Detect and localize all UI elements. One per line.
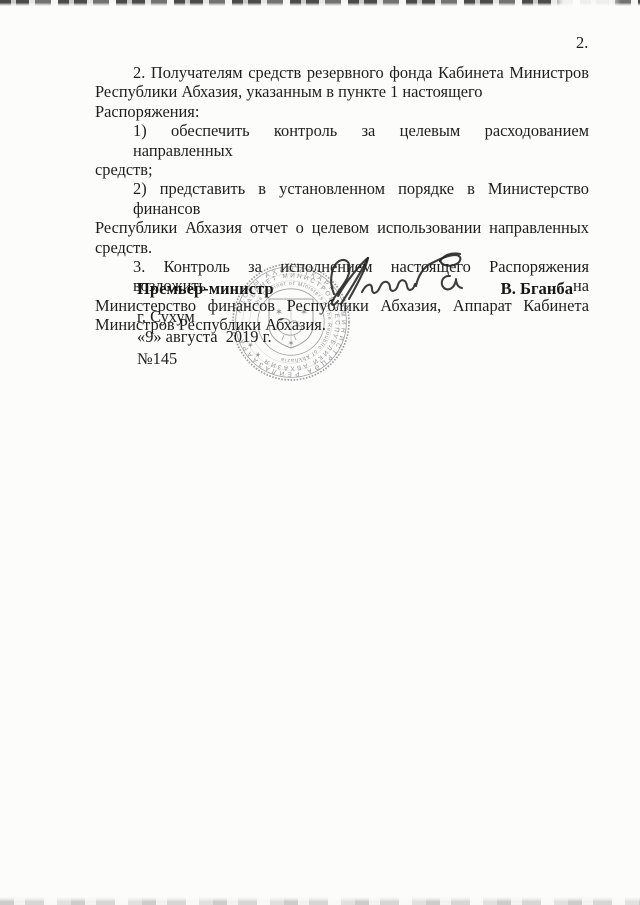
signature-scribble [320,246,480,321]
date-line: «9» августа 2019 г. [137,327,272,347]
document-number: №145 [137,349,177,369]
scan-artifact-bottom-edge [0,897,640,905]
text-line: средств; [95,160,589,179]
text-line: 2. Получателям средств резервного фонда … [95,63,589,82]
text-line: Республики Абхазия, указанным в пункте 1… [95,82,589,121]
scan-artifact-top-edge [0,0,640,6]
star-icon: ✶ [287,338,294,348]
text-line: 2) представить в установленном порядке в… [95,179,589,218]
text-line: Республики Абхазия отчет о целевом испол… [95,218,589,237]
city-line: г. Сухум [137,307,195,327]
page-number: 2. [576,33,588,53]
premier-title: Премьер-министр [137,279,274,299]
signer-name: В. Бганба [501,279,573,299]
scanned-document-page: { "page": { "number": "2." }, "body": { … [0,0,640,905]
text-line: 1) обеспечить контроль за целевым расход… [95,121,589,160]
